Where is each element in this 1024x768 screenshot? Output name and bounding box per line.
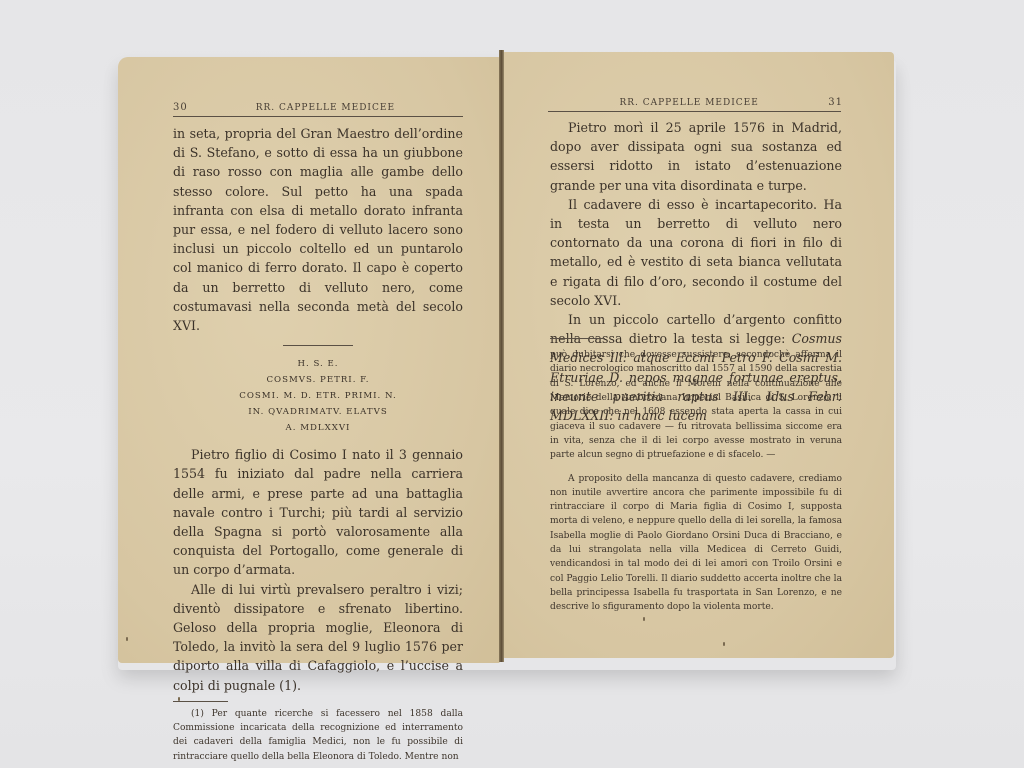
book-gutter bbox=[499, 50, 504, 662]
left-paragraph-3: Alle di lui virtù prevalsero peraltro i … bbox=[173, 580, 463, 695]
left-header-rule bbox=[173, 116, 463, 117]
right-paragraph-2: Il cadavere di esso è incartapecorito. H… bbox=[550, 195, 842, 310]
paper-spot bbox=[643, 617, 645, 621]
right-header-rule bbox=[548, 111, 841, 112]
inscription-line: IN. QVADRIMATV. ELATVS bbox=[173, 404, 463, 420]
left-page-number: 30 bbox=[173, 102, 188, 113]
inscription-line: H. S. E. bbox=[173, 356, 463, 372]
footnote-rule bbox=[550, 338, 605, 339]
left-paragraph-2: Pietro figlio di Cosimo I nato il 3 genn… bbox=[173, 445, 463, 579]
section-divider bbox=[283, 345, 353, 346]
left-running-head: RR. CAPPELLE MEDICEE bbox=[188, 103, 463, 113]
footnote-rule bbox=[173, 701, 228, 702]
right-page: RR. CAPPELLE MEDICEE 31 Pietro morì il 2… bbox=[503, 52, 894, 658]
right-footnote-part-2: A proposito della mancanza di questo cad… bbox=[550, 472, 842, 615]
inscription-line: COSMI. M. D. ETR. PRIMI. N. bbox=[173, 388, 463, 404]
right-footnote-area: può dubitarsi che dovesse sussistere, se… bbox=[550, 332, 842, 624]
right-page-header: RR. CAPPELLE MEDICEE 31 bbox=[550, 97, 843, 108]
right-footnote-continuation: può dubitarsi che dovesse sussistere, se… bbox=[550, 348, 842, 462]
right-running-head: RR. CAPPELLE MEDICEE bbox=[550, 98, 828, 108]
left-page-body: in seta, propria del Gran Maestro dell’o… bbox=[173, 124, 463, 764]
inscription-line: A. MDLXXVI bbox=[173, 420, 463, 436]
right-page-number: 31 bbox=[828, 97, 843, 108]
left-paragraph-1: in seta, propria del Gran Maestro dell’o… bbox=[173, 124, 463, 335]
inscription-line: COSMVS. PETRI. F. bbox=[173, 372, 463, 388]
left-page: 30 RR. CAPPELLE MEDICEE in seta, propria… bbox=[118, 57, 500, 663]
paper-spot bbox=[723, 642, 725, 646]
paper-spot bbox=[126, 637, 128, 641]
left-page-header: 30 RR. CAPPELLE MEDICEE bbox=[173, 102, 463, 113]
right-paragraph-1: Pietro morì il 25 aprile 1576 in Madrid,… bbox=[550, 118, 842, 195]
left-footnote: (1) Per quante ricerche si facessero nel… bbox=[173, 707, 463, 764]
latin-inscription: H. S. E. COSMVS. PETRI. F. COSMI. M. D. … bbox=[173, 356, 463, 436]
paper-spot bbox=[178, 697, 180, 701]
